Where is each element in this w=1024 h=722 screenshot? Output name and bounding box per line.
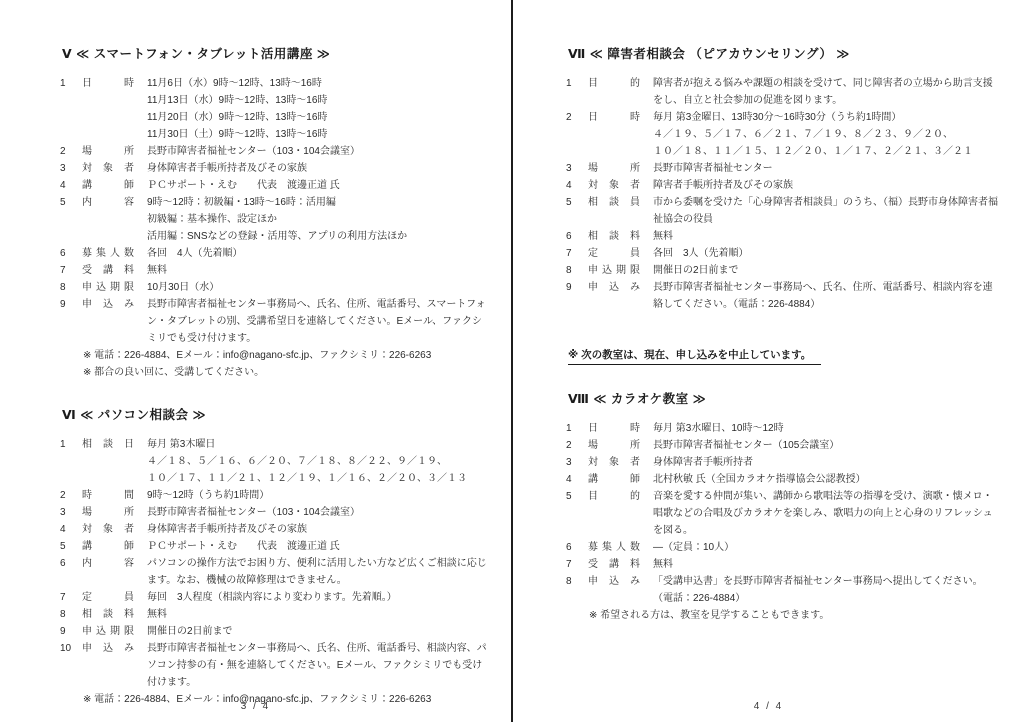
page-number: 3 / 4 [0,701,511,712]
item-label: 講師 [82,177,134,194]
item-number: 3 [566,160,588,177]
item-value-line: 無料 [147,606,167,623]
item-value-line: 長野市障害者福祉センター（105会議室） [653,437,839,454]
item-row: 7定員毎回 3人程度（相談内容により変わります。先着順。） [60,589,497,606]
item-number: 3 [60,160,82,177]
item-value-line: 祉協会の役員 [653,211,998,228]
item-label: 定員 [588,245,640,262]
item-value: 10月30日（水） [147,279,219,296]
item-value-line: 障害者手帳所持者及びその家族 [653,177,793,194]
item-number: 8 [566,573,588,607]
section-heading: Ⅷ ≪ カラオケ教室 ≫ [568,389,1014,407]
item-label: 場所 [82,143,134,160]
item-row: 6相談料無料 [566,228,1014,245]
document-sheet: Ⅴ ≪ スマートフォン・タブレット活用講座 ≫1日時11月6日（水）9時～12時… [0,0,1024,722]
item-value-line: 開催日の2日前まで [653,262,739,279]
item-number: 9 [60,296,82,347]
item-value-line: 無料 [147,262,167,279]
item-value-line: ます。なお、機械の故障修理はできません。 [147,572,487,589]
item-value: 無料 [147,606,167,623]
item-value: 長野市障害者福祉センター（103・104会議室） [147,504,360,521]
item-value-line: 唱歌などの合唱及びカラオケを楽しみ、歌唱力の向上と心身のリフレッシュ [653,505,993,522]
item-value-line: 障害者が抱える悩みや課題の相談を受けて、同じ障害者の立場から助言支援 [653,75,993,92]
item-row: 2場所長野市障害者福祉センター（103・104会議室） [60,143,497,160]
item-row: 8申込み「受講申込書」を長野市障害者福祉センター事務局へ提出してください。（電話… [566,573,1014,607]
item-label: 受講料 [588,556,640,573]
item-label: 目的 [588,488,640,539]
item-row: 9申込み長野市障害者福祉センター事務局へ、氏名、住所、電話番号、スマートフォン・… [60,296,497,347]
item-value-line: 絡してください。（電話：226-4884） [653,296,993,313]
item-number: 4 [60,521,82,538]
item-value-line: ミリでも受け付けます。 [147,330,486,347]
item-number: 8 [60,606,82,623]
item-label: 対象者 [82,521,134,538]
item-value: 無料 [653,556,673,573]
item-label: 定員 [82,589,134,606]
item-value: パソコンの操作方法でお困り方、便利に活用したい方など広くご相談に応じます。なお、… [147,555,487,589]
item-row: 5目的音楽を愛する仲間が集い、講師から歌唱法等の指導を受け、演歌・懐メロ・唱歌な… [566,488,1014,539]
item-value: 長野市障害者福祉センター（105会議室） [653,437,839,454]
item-number: 9 [60,623,82,640]
item-number: 6 [60,555,82,589]
item-label: 対象者 [588,454,640,471]
item-number: 7 [566,245,588,262]
page-3: Ⅴ ≪ スマートフォン・タブレット活用講座 ≫1日時11月6日（水）9時～12時… [0,0,511,722]
item-value: 「受講申込書」を長野市障害者福祉センター事務局へ提出してください。（電話：226… [653,573,983,607]
item-value-line: 初級編：基本操作、設定ほか [147,211,407,228]
item-row: 8申込期限開催日の2日前まで [566,262,1014,279]
item-value: 北村秋敏 氏（全国カラオケ指導協会公認教授） [653,471,866,488]
item-value-line: 付けます。 [147,674,487,691]
item-label: 申込み [82,296,134,347]
item-row: 5相談員市から委嘱を受けた「心身障害者相談員」のうち、（福）長野市身体障害者福祉… [566,194,1014,228]
item-label: 場所 [588,437,640,454]
section-heading: Ⅶ ≪ 障害者相談会 （ピアカウンセリング） ≫ [568,44,1014,62]
item-value: 長野市障害者福祉センター事務局へ、氏名、住所、電話番号、相談内容、パソコン持参の… [147,640,487,691]
item-value-line: 各回 4人（先着順） [147,245,243,262]
item-number: 7 [60,589,82,606]
item-label: 募集人数 [588,539,640,556]
item-value-line: ４／１８、５／１６、６／２０、７／１８、８／２２、９／１９、 [147,453,467,470]
item-value: 開催日の2日前まで [653,262,739,279]
item-number: 6 [566,228,588,245]
item-value: ＰＣサポート・えむ 代表 渡邊正道 氏 [147,177,340,194]
item-label: 時間 [82,487,134,504]
item-row: 8申込期限10月30日（水） [60,279,497,296]
item-value-line: 各回 3人（先着順） [653,245,749,262]
item-number: 1 [566,420,588,437]
item-value-line: ４／１９、５／１７、６／２１、７／１９、８／２３、９／２０、 [653,126,973,143]
item-row: 4講師ＰＣサポート・えむ 代表 渡邊正道 氏 [60,177,497,194]
item-number: 6 [566,539,588,556]
item-number: 4 [60,177,82,194]
item-number: 2 [566,437,588,454]
item-value-line: 開催日の2日前まで [147,623,233,640]
item-row: 10申込み長野市障害者福祉センター事務局へ、氏名、住所、電話番号、相談内容、パソ… [60,640,497,691]
page-4: Ⅶ ≪ 障害者相談会 （ピアカウンセリング） ≫1目的障害者が抱える悩みや課題の… [513,0,1024,722]
item-label: 対象者 [82,160,134,177]
course-section: Ⅵ ≪ パソコン相談会 ≫1相談日毎月 第3木曜日４／１８、５／１６、６／２０、… [60,405,497,708]
item-value: 各回 4人（先着順） [147,245,243,262]
item-value-line: 身体障害者手帳所持者 [653,454,753,471]
item-number: 7 [566,556,588,573]
course-section: Ⅷ ≪ カラオケ教室 ≫1日時毎月 第3水曜日、10時～12時2場所長野市障害者… [566,389,1014,624]
item-value-line: （電話：226-4884） [653,590,983,607]
item-value-line: 活用編：SNSなどの登録・活用等、アプリの利用方法ほか [147,228,407,245]
item-number: 2 [60,143,82,160]
item-label: 相談料 [82,606,134,623]
item-value-line: 無料 [653,228,673,245]
item-row: 6募集人数―（定員：10人） [566,539,1014,556]
item-row: 5講師ＰＣサポート・えむ 代表 渡邊正道 氏 [60,538,497,555]
item-number: 7 [60,262,82,279]
item-label: 内容 [82,555,134,589]
item-row: 2場所長野市障害者福祉センター（105会議室） [566,437,1014,454]
item-value-line: 9時～12時：初級編・13時～16時：活用編 [147,194,407,211]
item-value: 無料 [653,228,673,245]
item-value: ―（定員：10人） [653,539,734,556]
item-label: 内容 [82,194,134,245]
item-value-line: 「受講申込書」を長野市障害者福祉センター事務局へ提出してください。 [653,573,983,590]
item-value: 無料 [147,262,167,279]
item-label: 場所 [588,160,640,177]
item-number: 2 [60,487,82,504]
suspension-banner-note: ※ 次の教室は、現在、申し込みを中止しています。 [568,347,821,365]
note-line: ※ 都合の良い回に、受講してください。 [83,364,497,381]
item-row: 6募集人数各回 4人（先着順） [60,245,497,262]
item-value-line: 11月20日（水）9時～12時、13時～16時 [147,109,327,126]
item-row: 6内容パソコンの操作方法でお困り方、便利に活用したい方など広くご相談に応じます。… [60,555,497,589]
item-number: 2 [566,109,588,160]
item-value-line: 長野市障害者福祉センター事務局へ、氏名、住所、電話番号、相談内容を連 [653,279,993,296]
section-heading: Ⅵ ≪ パソコン相談会 ≫ [62,405,497,423]
item-label: 申込期限 [82,623,134,640]
item-value-line: を図る。 [653,522,993,539]
item-value-line: 11月30日（土）9時～12時、13時～16時 [147,126,327,143]
item-row: 1相談日毎月 第3木曜日４／１８、５／１６、６／２０、７／１８、８／２２、９／１… [60,436,497,487]
item-label: 日時 [588,420,640,437]
item-row: 9申込み長野市障害者福祉センター事務局へ、氏名、住所、電話番号、相談内容を連絡し… [566,279,1014,313]
item-value: 毎月 第3木曜日４／１８、５／１６、６／２０、７／１８、８／２２、９／１９、１０… [147,436,467,487]
item-value: 毎回 3人程度（相談内容により変わります。先着順。） [147,589,397,606]
item-row: 4対象者障害者手帳所持者及びその家族 [566,177,1014,194]
note-line: ※ 希望される方は、教室を見学することもできます。 [589,607,1014,624]
item-value: 音楽を愛する仲間が集い、講師から歌唱法等の指導を受け、演歌・懐メロ・唱歌などの合… [653,488,993,539]
item-row: 2時間9時～12時（うち約1時間） [60,487,497,504]
item-label: 相談員 [588,194,640,228]
item-label: 相談日 [82,436,134,487]
item-row: 4講師北村秋敏 氏（全国カラオケ指導協会公認教授） [566,471,1014,488]
item-row: 1日時毎月 第3水曜日、10時～12時 [566,420,1014,437]
item-value: 障害者が抱える悩みや課題の相談を受けて、同じ障害者の立場から助言支援をし、自立と… [653,75,993,109]
item-row: 2日時毎月 第3金曜日、13時30分～16時30分（うち約1時間）４／１９、５／… [566,109,1014,160]
item-label: 申込期限 [82,279,134,296]
item-value: 長野市障害者福祉センター（103・104会議室） [147,143,360,160]
item-row: 3場所長野市障害者福祉センター（103・104会議室） [60,504,497,521]
item-value-line: １０／１８、１１／１５、１２／２０、１／１７、２／２１、３／２１ [653,143,973,160]
item-row: 3対象者身体障害者手帳所持者及びその家族 [60,160,497,177]
item-row: 7定員各回 3人（先着順） [566,245,1014,262]
item-value: 長野市障害者福祉センター事務局へ、氏名、住所、電話番号、スマートフォン・タブレッ… [147,296,486,347]
item-row: 3対象者身体障害者手帳所持者 [566,454,1014,471]
item-value: 9時～12時（うち約1時間） [147,487,269,504]
item-number: 3 [60,504,82,521]
item-number: 4 [566,471,588,488]
item-label: 講師 [82,538,134,555]
item-value: 長野市障害者福祉センター事務局へ、氏名、住所、電話番号、相談内容を連絡してくださ… [653,279,993,313]
item-number: 5 [60,538,82,555]
item-value-line: パソコンの操作方法でお困り方、便利に活用したい方など広くご相談に応じ [147,555,487,572]
banner-note-wrap: ※ 次の教室は、現在、申し込みを中止しています。 [566,313,1014,389]
item-row: 5内容9時～12時：初級編・13時～16時：活用編初級編：基本操作、設定ほか活用… [60,194,497,245]
item-value: 市から委嘱を受けた「心身障害者相談員」のうち、（福）長野市身体障害者福祉協会の役… [653,194,998,228]
item-number: 6 [60,245,82,262]
item-number: 3 [566,454,588,471]
item-value-line: 11月13日（水）9時～12時、13時～16時 [147,92,327,109]
item-row: 1目的障害者が抱える悩みや課題の相談を受けて、同じ障害者の立場から助言支援をし、… [566,75,1014,109]
course-section: Ⅴ ≪ スマートフォン・タブレット活用講座 ≫1日時11月6日（水）9時～12時… [60,44,497,381]
item-value-line: 長野市障害者福祉センター [653,160,773,177]
item-number: 1 [566,75,588,109]
item-label: 日時 [82,75,134,143]
item-label: 申込み [82,640,134,691]
item-value-line: 11月6日（水）9時～12時、13時～16時 [147,75,327,92]
course-section: Ⅶ ≪ 障害者相談会 （ピアカウンセリング） ≫1目的障害者が抱える悩みや課題の… [566,44,1014,313]
item-value-line: ＰＣサポート・えむ 代表 渡邊正道 氏 [147,538,340,555]
item-value-line: 長野市障害者福祉センター（103・104会議室） [147,143,360,160]
item-value: 各回 3人（先着順） [653,245,749,262]
item-number: 4 [566,177,588,194]
item-label: 日時 [588,109,640,160]
item-value-line: 北村秋敏 氏（全国カラオケ指導協会公認教授） [653,471,866,488]
item-value-line: 毎回 3人程度（相談内容により変わります。先着順。） [147,589,397,606]
item-value-line: 身体障害者手帳所持者及びその家族 [147,160,307,177]
item-value-line: 長野市障害者福祉センター事務局へ、氏名、住所、電話番号、スマートフォ [147,296,486,313]
item-value-line: 無料 [653,556,673,573]
item-row: 8相談料無料 [60,606,497,623]
item-value-line: ―（定員：10人） [653,539,734,556]
item-value-line: 長野市障害者福祉センター（103・104会議室） [147,504,360,521]
item-value-line: 市から委嘱を受けた「心身障害者相談員」のうち、（福）長野市身体障害者福 [653,194,998,211]
item-value-line: 毎月 第3木曜日 [147,436,467,453]
item-label: 受講料 [82,262,134,279]
item-value-line: 音楽を愛する仲間が集い、講師から歌唱法等の指導を受け、演歌・懐メロ・ [653,488,993,505]
item-number: 8 [566,262,588,279]
item-value: 11月6日（水）9時～12時、13時～16時11月13日（水）9時～12時、13… [147,75,327,143]
item-value-line: 9時～12時（うち約1時間） [147,487,269,504]
item-number: 1 [60,436,82,487]
item-label: 相談料 [588,228,640,245]
item-number: 5 [566,488,588,539]
item-value: 長野市障害者福祉センター [653,160,773,177]
item-value-line: をし、自立と社会参加の促進を図ります。 [653,92,993,109]
item-number: 10 [60,640,82,691]
item-label: 場所 [82,504,134,521]
item-label: 目的 [588,75,640,109]
item-row: 7受講料無料 [60,262,497,279]
item-value-line: 10月30日（水） [147,279,219,296]
item-value-line: 毎月 第3水曜日、10時～12時 [653,420,784,437]
item-value-line: 毎月 第3金曜日、13時30分～16時30分（うち約1時間） [653,109,973,126]
item-value: 毎月 第3金曜日、13時30分～16時30分（うち約1時間）４／１９、５／１７、… [653,109,973,160]
item-label: 申込期限 [588,262,640,279]
item-label: 対象者 [588,177,640,194]
item-number: 5 [60,194,82,245]
item-row: 1日時11月6日（水）9時～12時、13時～16時11月13日（水）9時～12時… [60,75,497,143]
item-value: 身体障害者手帳所持者及びその家族 [147,160,307,177]
item-value: 障害者手帳所持者及びその家族 [653,177,793,194]
item-value-line: ソコン持参の有・無を連絡してください。Eメール、ファクシミリでも受け [147,657,487,674]
item-value-line: ン・タブレットの別、受講希望日を連絡してください。Eメール、ファクシ [147,313,486,330]
item-value-line: １０／１７、１１／２１、１２／１９、１／１６、２／２０、３／１３ [147,470,467,487]
item-value-line: 長野市障害者福祉センター事務局へ、氏名、住所、電話番号、相談内容、パ [147,640,487,657]
item-row: 7受講料無料 [566,556,1014,573]
item-label: 講師 [588,471,640,488]
item-row: 4対象者身体障害者手帳所持者及びその家族 [60,521,497,538]
section-heading: Ⅴ ≪ スマートフォン・タブレット活用講座 ≫ [62,44,497,62]
item-value-line: ＰＣサポート・えむ 代表 渡邊正道 氏 [147,177,340,194]
item-row: 9申込期限開催日の2日前まで [60,623,497,640]
item-label: 申込み [588,279,640,313]
note-line: ※ 電話：226-4884、Eメール：info@nagano-sfc.jp、ファ… [83,347,497,364]
item-value: 身体障害者手帳所持者及びその家族 [147,521,307,538]
item-number: 5 [566,194,588,228]
item-value: 身体障害者手帳所持者 [653,454,753,471]
item-label: 募集人数 [82,245,134,262]
item-number: 8 [60,279,82,296]
item-value-line: 身体障害者手帳所持者及びその家族 [147,521,307,538]
item-label: 申込み [588,573,640,607]
item-value: ＰＣサポート・えむ 代表 渡邊正道 氏 [147,538,340,555]
item-row: 3場所長野市障害者福祉センター [566,160,1014,177]
item-number: 1 [60,75,82,143]
page-number: 4 / 4 [513,701,1024,712]
item-value: 9時～12時：初級編・13時～16時：活用編初級編：基本操作、設定ほか活用編：S… [147,194,407,245]
item-value: 開催日の2日前まで [147,623,233,640]
item-value: 毎月 第3水曜日、10時～12時 [653,420,784,437]
item-number: 9 [566,279,588,313]
